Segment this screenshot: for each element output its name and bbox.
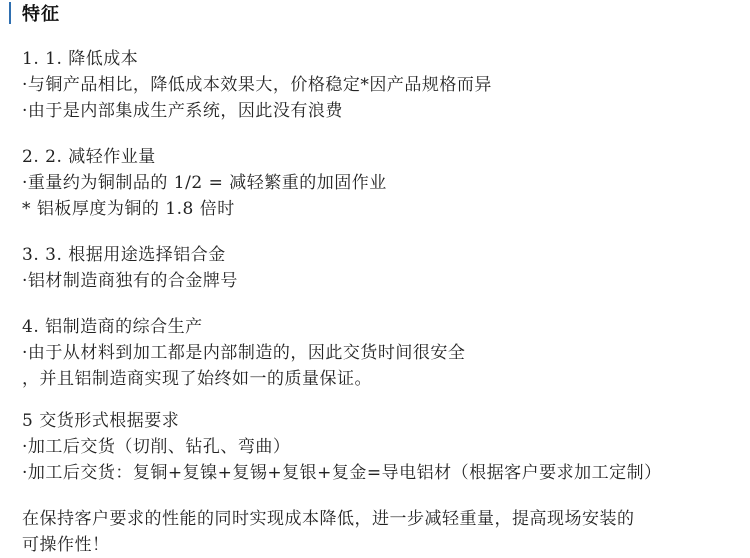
section-3-title: 3. 3. 根据用途选择铝合金 <box>22 244 226 266</box>
section-1-title: 1. 1. 降低成本 <box>22 48 138 70</box>
section-5-line-1: ·加工后交货（切削、钻孔、弯曲） <box>22 436 290 458</box>
section-5-title: 5 交货形式根据要求 <box>22 410 179 432</box>
section-heading: 特征 <box>9 2 60 24</box>
section-2-line-1: ·重量约为铜制品的 1/2 = 减轻繁重的加固作业 <box>22 172 387 194</box>
section-4-title: 4. 铝制造商的综合生产 <box>22 316 203 338</box>
section-2-line-2: * 铝板厚度为铜的 1.8 倍时 <box>22 198 235 220</box>
conclusion-line-2: 可操作性！ <box>22 534 110 556</box>
section-3-line-1: ·铝材制造商独有的合金牌号 <box>22 270 238 292</box>
conclusion-line-1: 在保持客户要求的性能的同时实现成本降低，进一步减轻重量，提高现场安装的 <box>22 508 635 530</box>
section-5-line-2: ·加工后交货：复铜+复镍+复锡+复银+复金=导电铝材（根据客户要求加工定制） <box>22 462 662 484</box>
page-title: 特征 <box>22 0 60 26</box>
section-1-line-2: ·由于是内部集成生产系统，因此没有浪费 <box>22 100 343 122</box>
section-1-line-1: ·与铜产品相比，降低成本效果大，价格稳定*因产品规格而异 <box>22 74 492 96</box>
section-4-line-2: ，并且铝制造商实现了始终如一的质量保证。 <box>22 368 372 390</box>
section-2-title: 2. 2. 减轻作业量 <box>22 146 156 168</box>
heading-accent-bar <box>9 2 11 24</box>
section-4-line-1: ·由于从材料到加工都是内部制造的，因此交货时间很安全 <box>22 342 465 364</box>
